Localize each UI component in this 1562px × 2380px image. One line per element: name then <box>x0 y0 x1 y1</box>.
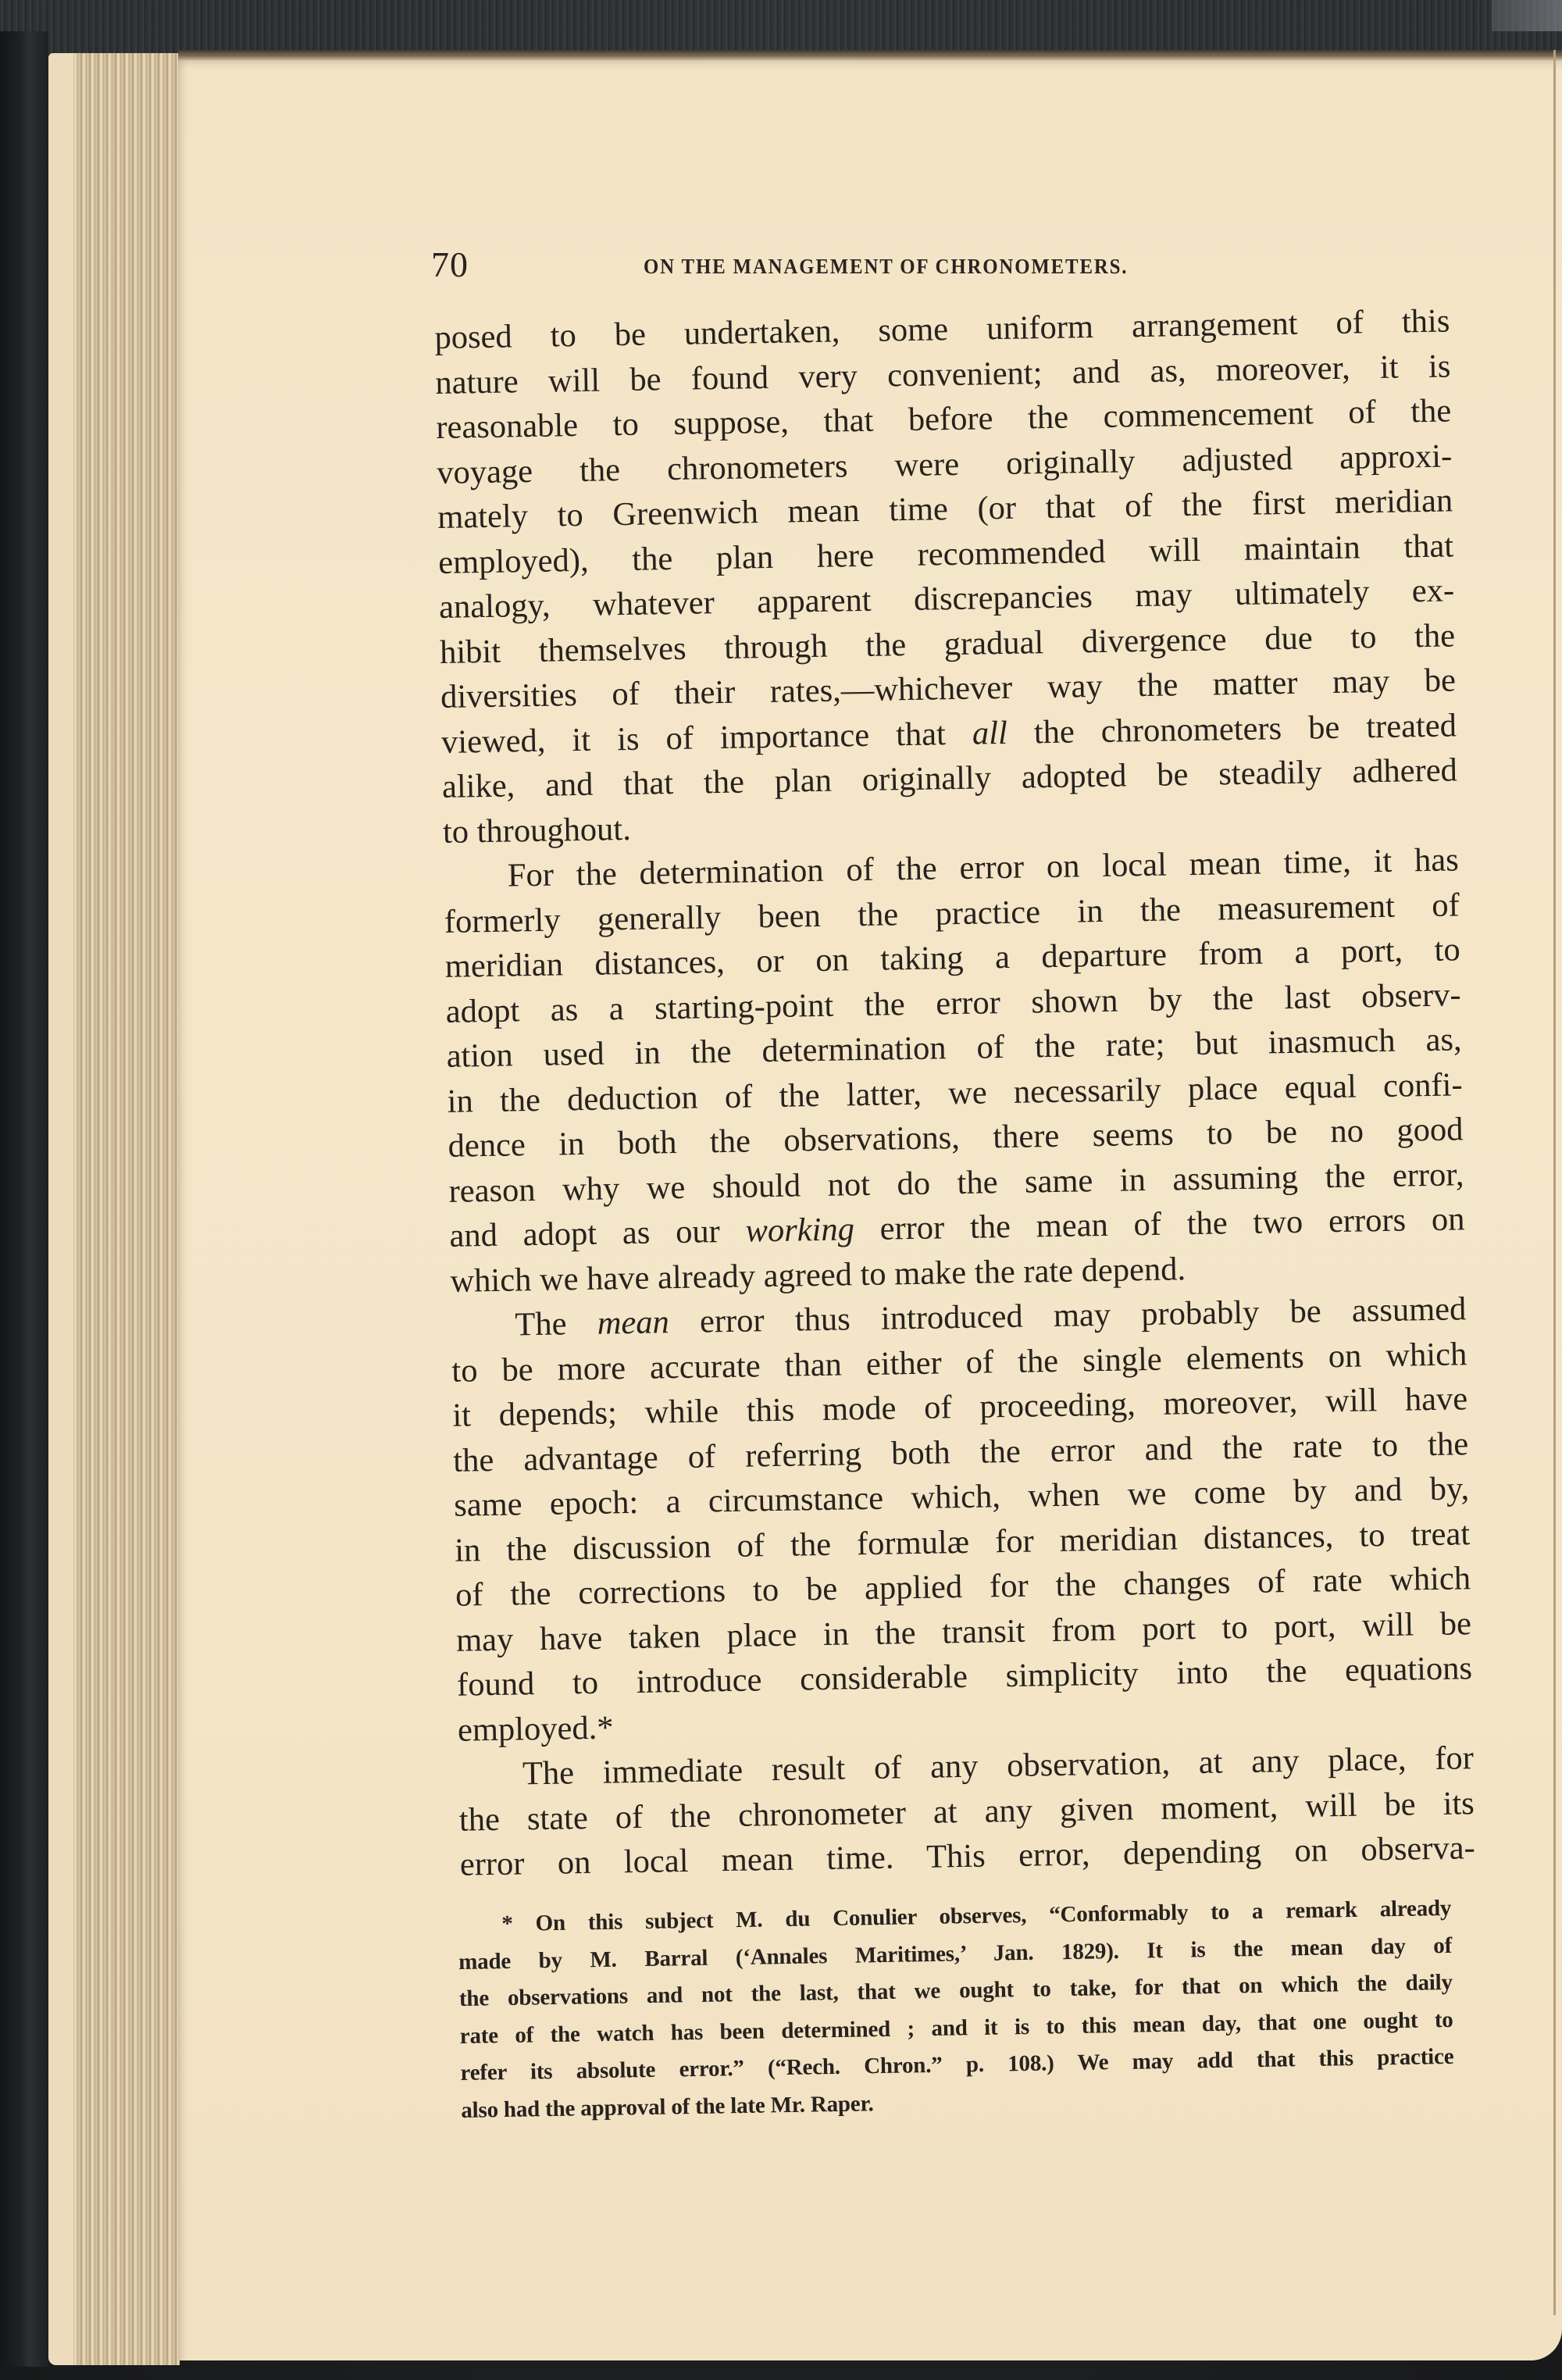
page-block-front-edge <box>48 53 73 2365</box>
book-cover-spine-edge <box>0 31 48 2367</box>
book-cover-top <box>0 0 1562 55</box>
scanned-book-spread: 70 ON THE MANAGEMENT OF CHRONOMETERS. po… <box>0 0 1562 2380</box>
page-right-edge <box>1553 50 1556 2315</box>
body-text: posed to be undertaken, some uniform arr… <box>434 298 1475 1887</box>
emphasis: mean <box>597 1304 669 1342</box>
running-head: 70 ON THE MANAGEMENT OF CHRONOMETERS. <box>431 244 1446 291</box>
footnote: * On this subject M. du Conulier observe… <box>458 1890 1455 2129</box>
emphasis: working <box>745 1211 854 1249</box>
running-head-title: ON THE MANAGEMENT OF CHRONOMETERS. <box>644 255 1128 279</box>
page-top-shadow <box>178 50 1562 61</box>
cover-highlight <box>1492 0 1562 31</box>
page-number: 70 <box>431 244 469 285</box>
emphasis: all <box>972 714 1008 751</box>
